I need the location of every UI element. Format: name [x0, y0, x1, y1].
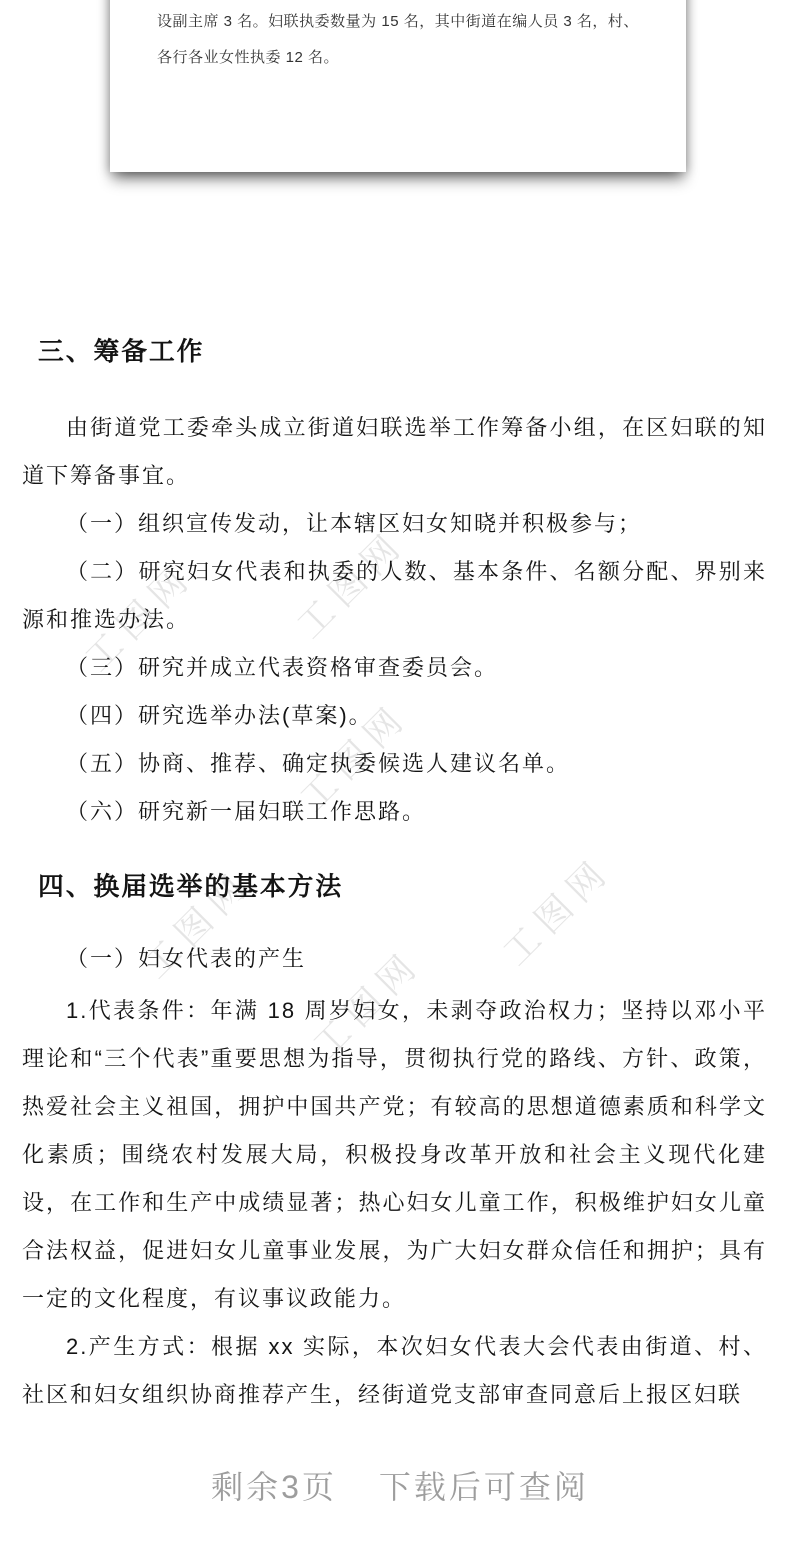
download-hint: 下载后可查阅	[379, 1462, 589, 1508]
prep-item-5: （五）协商、推荐、确定执委候选人建议名单。	[22, 740, 767, 788]
document-preview-page: 工图网 工图网 工图网 工图网 工图网 工图网 设副主席 3 名。妇联执委数量为…	[0, 0, 800, 1561]
page1-line: 设副主席 3 名。妇联执委数量为 15 名，其中街道在编人员 3 名，村、	[157, 4, 648, 40]
remaining-pages-count: 剩余3页	[211, 1462, 337, 1508]
rep-conditions-paragraph: 1.代表条件：年满 18 周岁妇女，未剥夺政治权力；坚持以邓小平理论和“三个代表…	[22, 987, 767, 1323]
section-heading-3: 三、筹备工作	[38, 328, 767, 376]
prep-item-1: （一）组织宣传发动，让本辖区妇女知晓并积极参与；	[22, 500, 767, 548]
section-heading-4: 四、换届选举的基本方法	[38, 863, 767, 911]
prep-intro-paragraph: 由街道党工委牵头成立街道妇联选举工作筹备小组，在区妇联的知道下筹备事宜。	[22, 404, 767, 500]
subsection-heading: （一）妇女代表的产生	[22, 935, 767, 983]
remaining-pages-notice[interactable]: 剩余3页 下载后可查阅	[0, 1462, 800, 1508]
page1-tail-card: 设副主席 3 名。妇联执委数量为 15 名，其中街道在编人员 3 名，村、 各行…	[110, 0, 686, 172]
prep-item-2: （二）研究妇女代表和执委的人数、基本条件、名额分配、界别来源和推选办法。	[22, 548, 767, 644]
prep-item-6: （六）研究新一届妇联工作思路。	[22, 788, 767, 836]
rep-method-paragraph: 2.产生方式：根据 xx 实际，本次妇女代表大会代表由街道、村、社区和妇女组织协…	[22, 1323, 767, 1419]
page2-content: 三、筹备工作 由街道党工委牵头成立街道妇联选举工作筹备小组，在区妇联的知道下筹备…	[22, 328, 767, 1419]
page1-line: 各行各业女性执委 12 名。	[157, 40, 648, 76]
prep-item-4: （四）研究选举办法(草案)。	[22, 692, 767, 740]
prep-item-3: （三）研究并成立代表资格审查委员会。	[22, 644, 767, 692]
